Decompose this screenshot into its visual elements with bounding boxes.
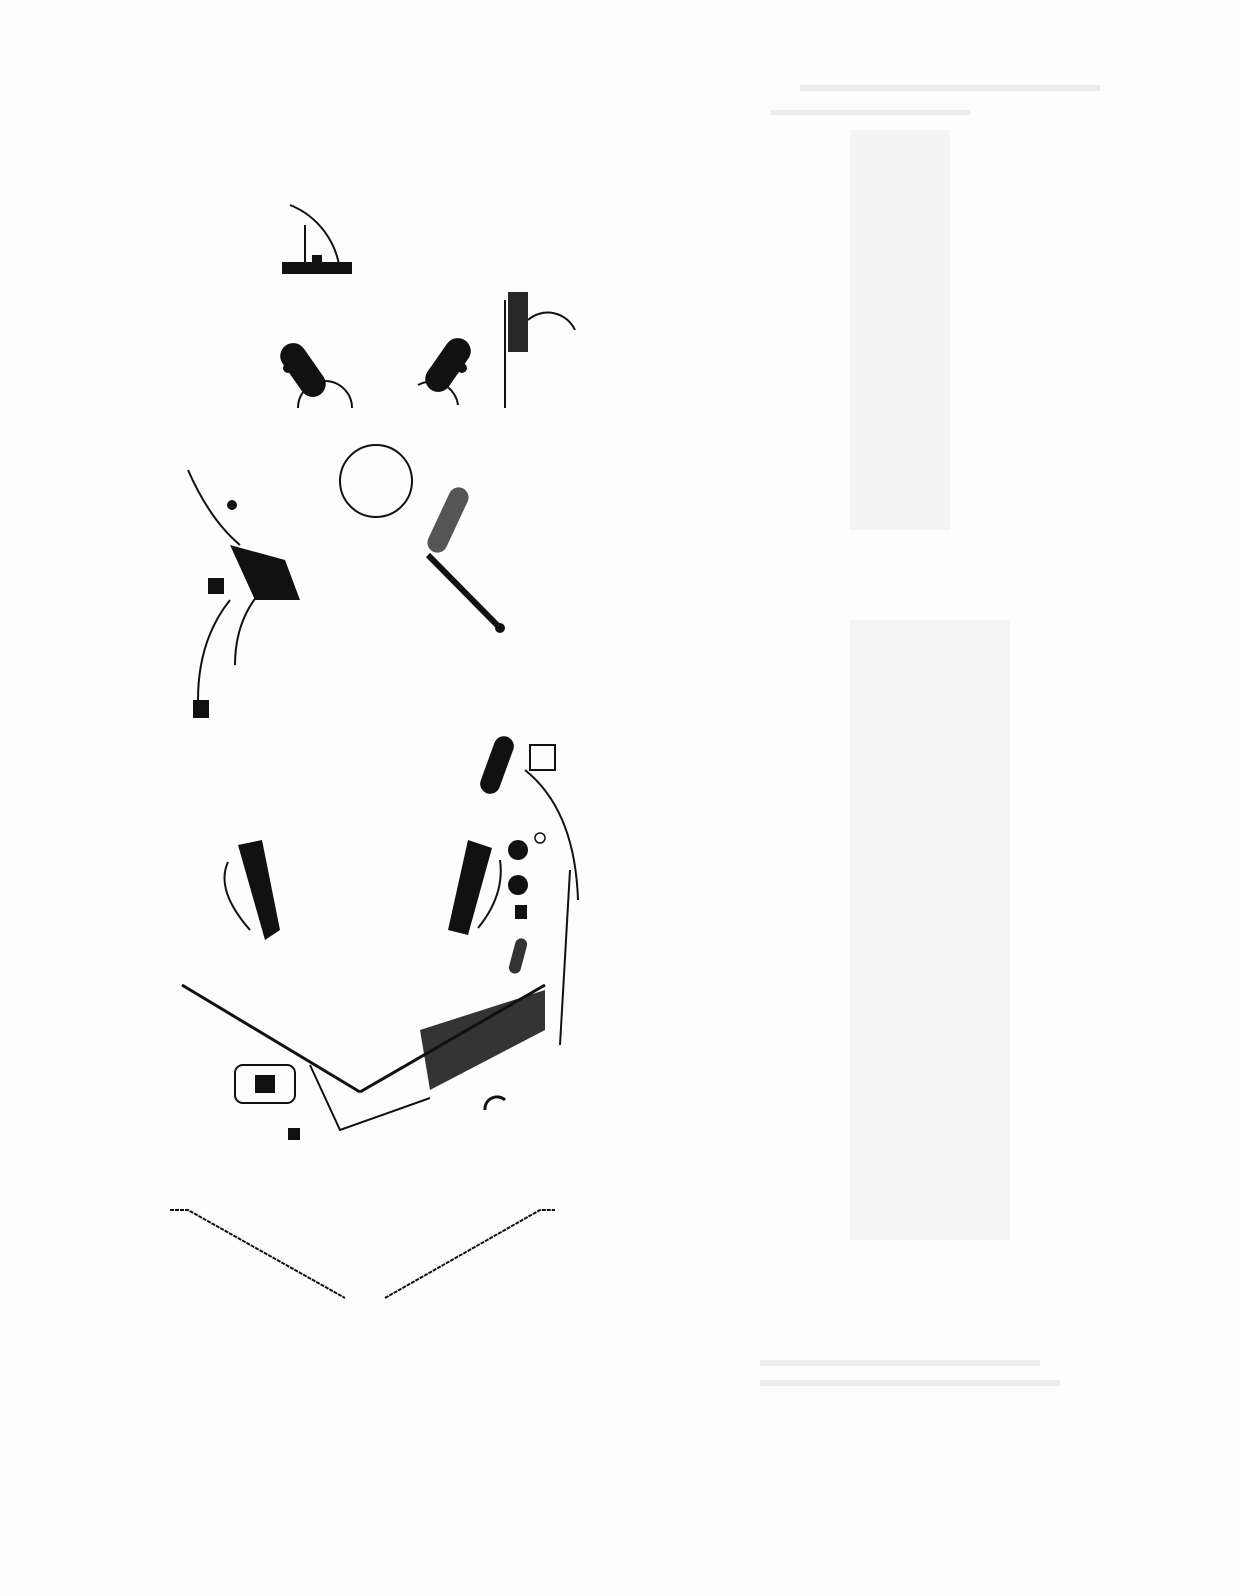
upper-right-post [418, 333, 476, 405]
center-pop-bumper [340, 445, 412, 517]
center-right-ramp [424, 484, 505, 633]
left-mid-assembly [188, 470, 300, 718]
right-slingshot [448, 840, 492, 935]
upper-left-post [275, 338, 352, 408]
left-slingshot [238, 840, 280, 940]
top-right-lane [505, 292, 575, 408]
bleed-through-text [760, 85, 1100, 1386]
playfield-diagram [0, 0, 1240, 1596]
lower-inlanes [182, 985, 545, 1140]
top-assembly [282, 205, 352, 274]
bottom-outlanes [170, 1210, 555, 1298]
